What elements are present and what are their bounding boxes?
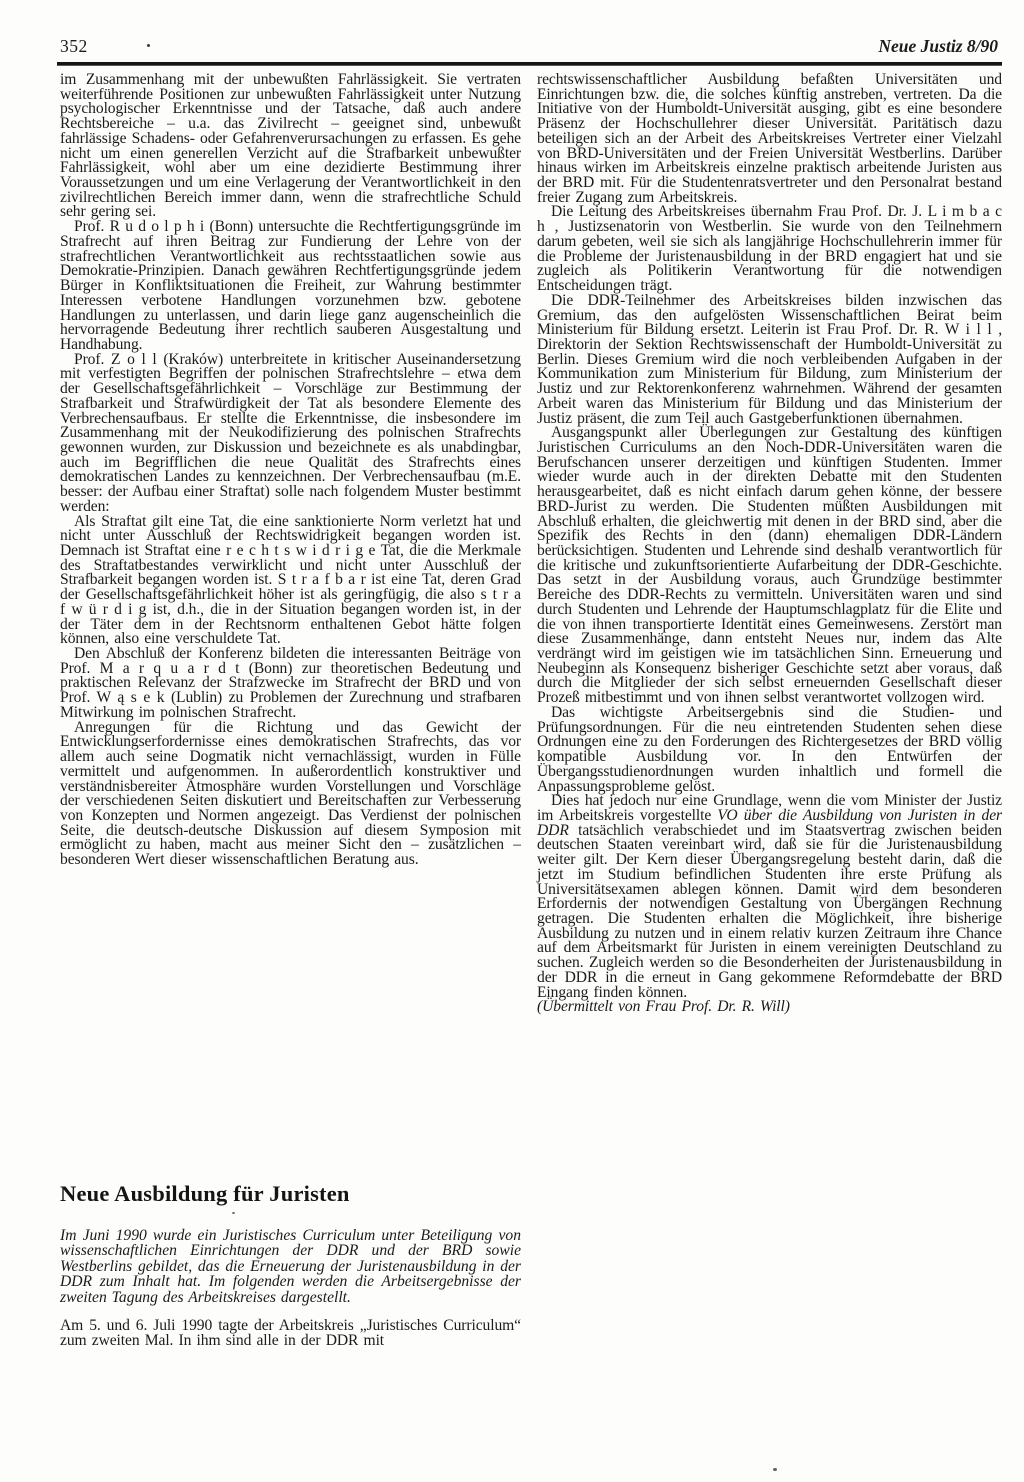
left-column-article: im Zusammenhang mit der unbewußten Fahrl…	[60, 73, 521, 868]
paragraph: Ausgangspunkt aller Überlegungen zur Ges…	[537, 426, 1002, 706]
paragraph: Am 5. und 6. Juli 1990 tagte der Arbeits…	[60, 1318, 521, 1348]
paragraph: Prof. R u d o l p h i (Bonn) untersuchte…	[60, 220, 521, 352]
header-rule	[57, 62, 1002, 66]
paragraph: Als Straftat gilt eine Tat, die eine san…	[60, 515, 521, 647]
article-body-start: Am 5. und 6. Juli 1990 tagte der Arbeits…	[60, 1318, 521, 1348]
paragraph: im Zusammenhang mit der unbewußten Fahrl…	[60, 73, 521, 220]
paragraph: Das wichtigste Arbeitsergebnis sind die …	[537, 706, 1002, 794]
page-number: 352	[60, 36, 88, 57]
paragraph: Prof. Z o l l (Kraków) unterbreitete in …	[60, 353, 521, 515]
article-abstract: Im Juni 1990 wurde ein Juristisches Curr…	[60, 1228, 521, 1305]
right-column: rechtswissenschaftlicher Ausbildung befa…	[537, 73, 1002, 1473]
paragraph: Die Leitung des Arbeitskreises übernahm …	[537, 205, 1002, 293]
paragraph: Dies hat jedoch nur eine Grundlage, wenn…	[537, 794, 1002, 1000]
paragraph: rechtswissenschaftlicher Ausbildung befa…	[537, 73, 1002, 205]
left-column: im Zusammenhang mit der unbewußten Fahrl…	[60, 73, 521, 1473]
journal-title: Neue Justiz 8/90	[878, 36, 1000, 57]
text-run: tatsächlich verabschiedet und im Staatsv…	[537, 822, 1002, 1001]
new-article-section: Neue Ausbildung für Juristen Im Juni 199…	[60, 1181, 521, 1348]
page-header: 352 Neue Justiz 8/90	[60, 36, 1000, 57]
paragraph: (Übermittelt von Frau Prof. Dr. R. Will)	[537, 1000, 1002, 1015]
paragraph: Anregungen für die Richtung und das Gewi…	[60, 721, 521, 868]
article-title: Neue Ausbildung für Juristen	[60, 1181, 521, 1207]
journal-page: 352 Neue Justiz 8/90 im Zusammenhang mit…	[0, 0, 1024, 1482]
scan-speck	[147, 44, 150, 47]
scan-speck	[773, 1468, 777, 1471]
scan-speck	[232, 1212, 235, 1214]
paragraph: Die DDR-Teilnehmer des Arbeitskreises bi…	[537, 294, 1002, 426]
paragraph: Den Abschluß der Konferenz bildeten die …	[60, 647, 521, 721]
text-columns: im Zusammenhang mit der unbewußten Fahrl…	[60, 73, 1002, 1473]
